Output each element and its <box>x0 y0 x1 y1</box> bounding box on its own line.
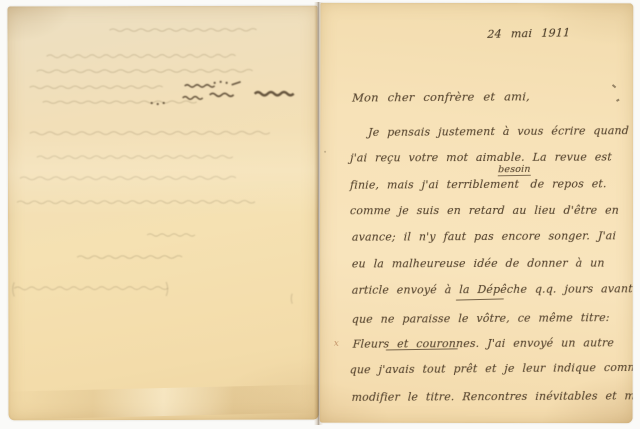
letter-body-line: avance; il n'y faut pas encore songer. J… <box>352 229 617 243</box>
letter-body-line: que ne paraisse le vôtre, ce même titre: <box>352 311 610 326</box>
underline-la-depeche <box>456 298 504 300</box>
photograph-of-handwritten-letter: 24 mai 1911 Mon cher confrère et ami, Je… <box>0 0 640 429</box>
bleedthrough-dark-marks <box>151 81 294 106</box>
ink-bleedthrough-graphic <box>7 6 318 421</box>
letter-body-line: finie, mais j'ai terriblement de repos e… <box>350 177 607 191</box>
inserted-word: besoin <box>498 164 531 177</box>
letter-page-recto: 24 mai 1911 Mon cher confrère et ami, Je… <box>320 3 634 424</box>
letter-body-line: Je pensais justement à vous écrire quand <box>368 124 629 139</box>
letter-salutation: Mon cher confrère et ami, <box>352 89 530 104</box>
bleedthrough-faint-lines <box>12 28 292 304</box>
letter-body-line: que j'avais tout prêt et je leur indique… <box>349 361 633 377</box>
letter-body-line: eu la malheureuse idée de donner à un <box>352 257 605 271</box>
letter-page-verso <box>7 6 318 421</box>
letter-date: 24 mai 1911 <box>487 26 571 41</box>
ink-speck <box>324 151 326 153</box>
margin-x-mark: x <box>334 339 339 349</box>
letter-body-line: j'ai reçu votre mot aimable. La revue es… <box>350 151 612 165</box>
ink-speck <box>616 99 619 102</box>
ink-speck <box>612 84 616 88</box>
letter-body-line: modifier le titre. Rencontres inévitable… <box>351 389 633 404</box>
letter-body-line: article envoyé à la Dépêche q.q. jours a… <box>352 282 634 296</box>
letter-body-line: comme je suis en retard au lieu d'être e… <box>350 204 620 217</box>
